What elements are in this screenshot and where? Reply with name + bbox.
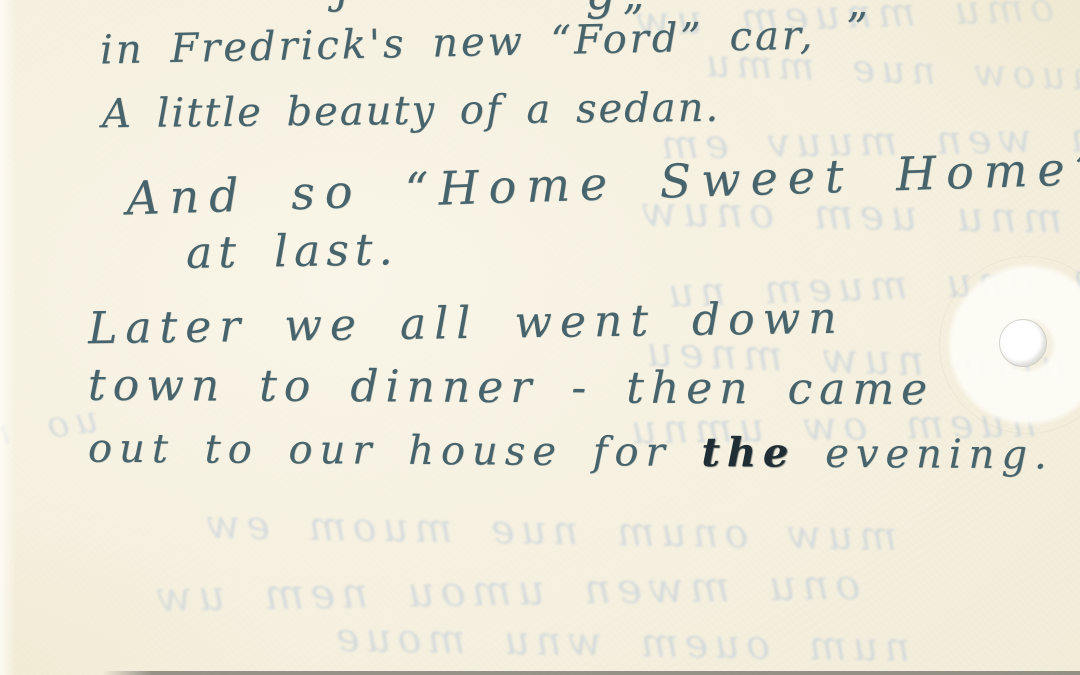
handwriting-line: at last. <box>186 224 399 279</box>
handwriting-segment: Later we all went down <box>88 293 845 355</box>
bleed-through-line: onu mwen umou nem uw <box>150 560 861 621</box>
handwriting-segment: out to our house for <box>88 426 702 476</box>
handwriting-line: town to dinner - then came <box>88 360 934 415</box>
cutoff-stroke-fragment: ” <box>846 4 867 53</box>
scanned-page: nuv omu mnuem uwmuow nue mmuonum wen muu… <box>0 0 1080 675</box>
handwriting-segment: evening. <box>795 431 1054 479</box>
hole-punch <box>1000 320 1046 366</box>
bleed-through-line: uo m <box>0 399 101 457</box>
handwriting-line: A little beauty of a sedan. <box>102 85 721 137</box>
handwriting-segment: town to dinner - then came <box>88 360 934 415</box>
bleed-through-line: num ouem wnu moue <box>330 615 911 671</box>
handwriting-line: Later we all went down <box>88 293 845 355</box>
handwriting-segment: at last. <box>186 224 399 279</box>
handwriting-segment: A little beauty of a sedan. <box>102 85 721 137</box>
handwriting-line: out to our house for the evening. <box>88 425 1054 479</box>
bleed-through-line: muw onum nue muom ew <box>200 502 898 560</box>
page-edge-shadow <box>102 671 1080 675</box>
cutoff-stroke-fragment: j <box>336 0 350 13</box>
handwriting-word-emphasized: the <box>701 429 795 477</box>
